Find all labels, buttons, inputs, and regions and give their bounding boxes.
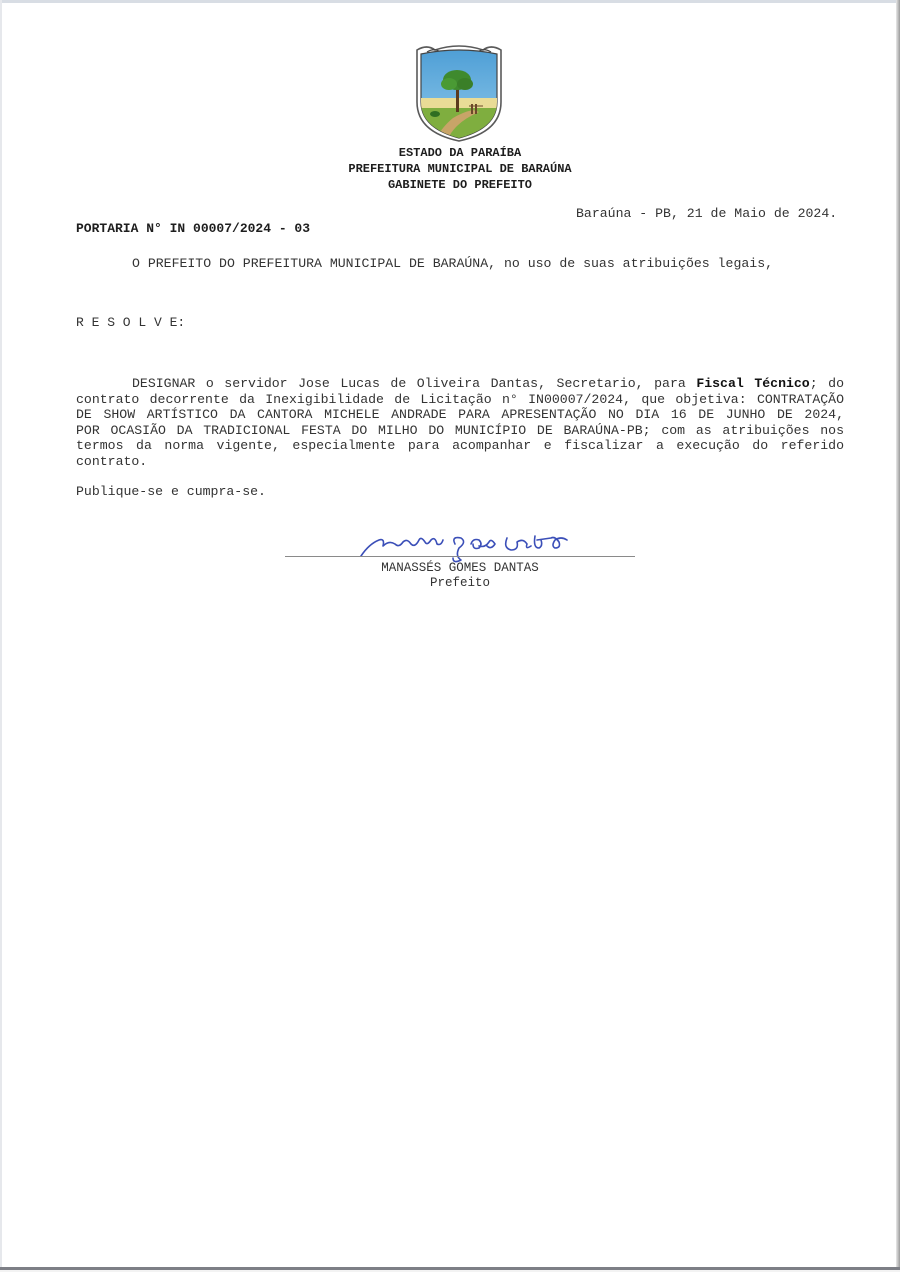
- scan-top-edge: [0, 0, 900, 3]
- signer-role: Prefeito: [285, 576, 635, 590]
- letterhead-state: ESTADO DA PARAÍBA: [0, 145, 900, 161]
- portaria-number: PORTARIA N° IN 00007/2024 - 03: [76, 221, 310, 236]
- body-line-2: contrato decorrente da Inexigibilidade d…: [76, 392, 844, 408]
- body-line-3: DE SHOW ARTÍSTICO DA CANTORA MICHELE AND…: [76, 407, 844, 423]
- role-highlight: Fiscal Técnico: [696, 376, 809, 391]
- resolve-heading: R E S O L V E:: [76, 315, 185, 330]
- signer-name: MANASSÉS GOMES DANTAS: [285, 561, 635, 575]
- signature-line: [285, 556, 635, 557]
- handwritten-signature-icon: [355, 526, 615, 566]
- document-date: Baraúna - PB, 21 de Maio de 2024.: [576, 206, 837, 221]
- letterhead-municipality: PREFEITURA MUNICIPAL DE BARAÚNA: [0, 161, 900, 177]
- body-line-1: DESIGNAR o servidor Jose Lucas de Olivei…: [76, 376, 844, 392]
- closing-statement: Publique-se e cumpra-se.: [76, 484, 266, 499]
- coat-of-arms-icon: [413, 42, 505, 142]
- intro-paragraph: O PREFEITO DO PREFEITURA MUNICIPAL DE BA…: [132, 256, 773, 271]
- body-line-6: contrato.: [76, 454, 844, 470]
- body-line-4: POR OCASIÃO DA TRADICIONAL FESTA DO MILH…: [76, 423, 844, 439]
- designation-paragraph: DESIGNAR o servidor Jose Lucas de Olivei…: [76, 376, 844, 470]
- letterhead-office: GABINETE DO PREFEITO: [0, 177, 900, 193]
- letterhead: ESTADO DA PARAÍBA PREFEITURA MUNICIPAL D…: [0, 145, 900, 193]
- body-line-5: termos da norma vigente, especialmente p…: [76, 438, 844, 454]
